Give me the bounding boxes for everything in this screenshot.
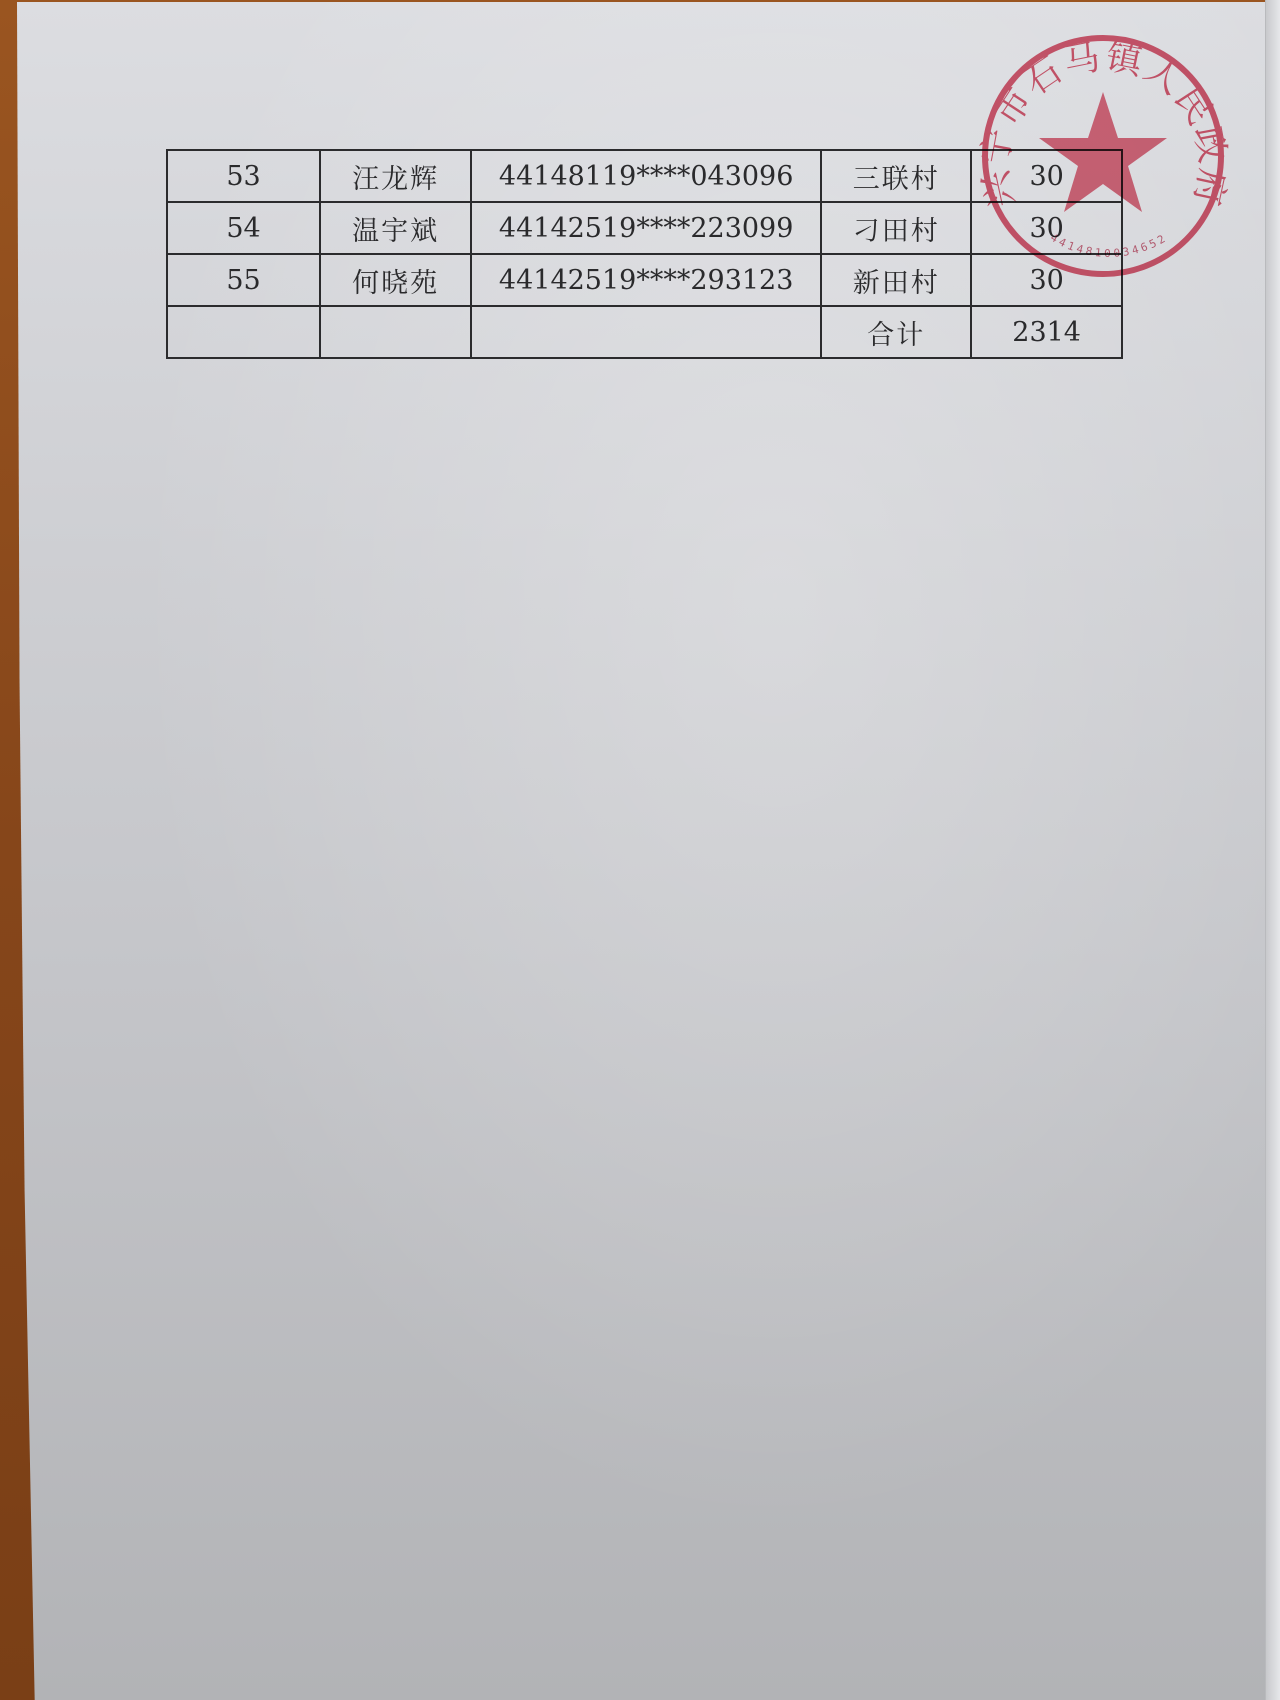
table-row: 53 汪龙辉 44148119****043096 三联村 30 — [167, 150, 1122, 202]
id-number: 44142519****293123 — [471, 254, 821, 306]
photo-scene: 53 汪龙辉 44148119****043096 三联村 30 54 温宇斌 … — [0, 0, 1280, 1700]
total-value: 2314 — [971, 306, 1122, 358]
id-number: 44142519****223099 — [471, 202, 821, 254]
roster-table: 53 汪龙辉 44148119****043096 三联村 30 54 温宇斌 … — [166, 149, 1123, 359]
row-number: 54 — [167, 202, 320, 254]
village-name: 新田村 — [821, 254, 971, 306]
person-name: 汪龙辉 — [320, 150, 471, 202]
amount: 30 — [971, 254, 1122, 306]
village-name: 三联村 — [821, 150, 971, 202]
amount: 30 — [971, 150, 1122, 202]
total-label: 合计 — [821, 306, 971, 358]
row-number: 55 — [167, 254, 320, 306]
total-row: 合计 2314 — [167, 306, 1122, 358]
village-name: 刁田村 — [821, 202, 971, 254]
id-number: 44148119****043096 — [471, 150, 821, 202]
paper-stack-edge — [1265, 0, 1280, 1700]
amount: 30 — [971, 202, 1122, 254]
empty-cell — [320, 306, 471, 358]
person-name: 何晓苑 — [320, 254, 471, 306]
person-name: 温宇斌 — [320, 202, 471, 254]
empty-cell — [471, 306, 821, 358]
table-row: 54 温宇斌 44142519****223099 刁田村 30 — [167, 202, 1122, 254]
table-row: 55 何晓苑 44142519****293123 新田村 30 — [167, 254, 1122, 306]
row-number: 53 — [167, 150, 320, 202]
empty-cell — [167, 306, 320, 358]
